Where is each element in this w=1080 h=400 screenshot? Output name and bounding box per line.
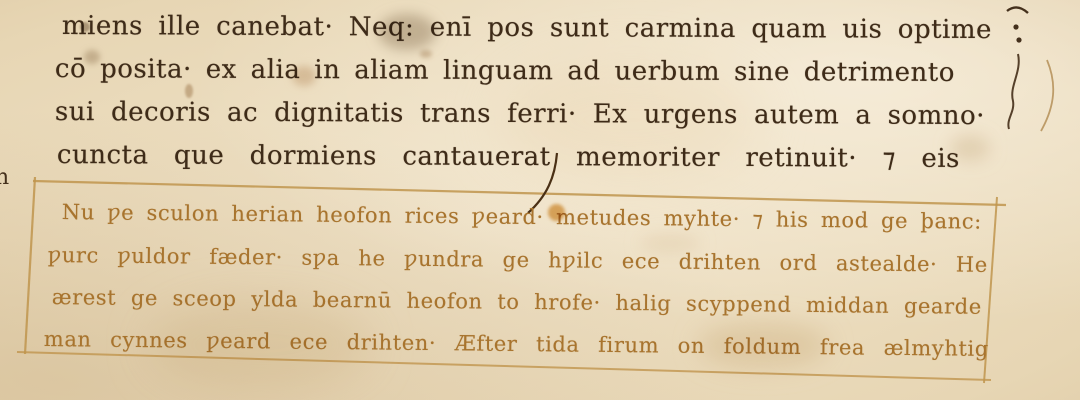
hymn-text-line: Nu ƿe sculon herian heofon rices ƿeard· … xyxy=(62,200,982,234)
hymn-text-line: ƿurc ƿuldor fæder· sƿa he ƿundra ge hƿil… xyxy=(48,243,988,277)
hymn-text-line: ærest ge sceop ylda bearnū heofon to hro… xyxy=(52,285,982,319)
margin-dot-icon xyxy=(1016,37,1021,42)
parchment-stain xyxy=(640,236,700,250)
latin-text-line: sui decoris ac dignitatis trans ferri· E… xyxy=(55,98,985,132)
latin-text-line: cō posita· ex alia in aliam linguam ad u… xyxy=(55,55,955,89)
left-margin-catchword: n xyxy=(0,165,9,190)
margin-flourish-icon xyxy=(1007,7,1028,13)
hymn-text-line: man cynnes ƿeard ece drihten· Æfter tida… xyxy=(44,327,989,361)
margin-paren-stroke-icon xyxy=(1041,60,1053,131)
hymn-box-left-rule xyxy=(25,177,35,354)
latin-text-line: miens ille canebat· Neq: enī pos sunt ca… xyxy=(62,12,992,46)
manuscript-page: miens ille canebat· Neq: enī pos sunt ca… xyxy=(0,0,1080,400)
margin-dot-icon xyxy=(1013,24,1018,29)
margin-squiggle-icon xyxy=(1008,54,1018,129)
parchment-stain xyxy=(185,84,193,98)
latin-text-line: cuncta que dormiens cantauerat memoriter… xyxy=(57,141,960,175)
